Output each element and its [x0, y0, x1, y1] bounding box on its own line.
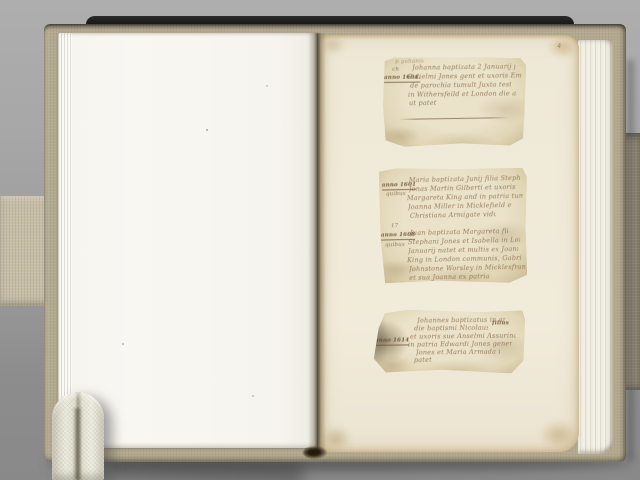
book-right-shadow: [627, 60, 634, 460]
handwriting-marginal-note: p gahanis: [395, 58, 424, 67]
handwriting-marginal-note: 17: [391, 222, 399, 231]
open-album-book: 4: [44, 16, 626, 462]
handwriting-marginal-note: filius: [492, 319, 509, 328]
pasted-slip-top: Johanna baptizata 2 Januarij filiaGuliel…: [383, 57, 526, 148]
page-corner-toning: [539, 420, 579, 450]
gutter-shadow: [308, 33, 326, 453]
handwriting-marginal-note: quibus: [385, 241, 405, 250]
handwriting-line: ut patet: [409, 99, 451, 109]
book-snake-weight: [52, 392, 104, 480]
pasted-slip-bottom: Johannes baptizatus in annodie baptismi …: [374, 309, 525, 373]
page-corner-toning: [548, 36, 578, 58]
handwriting-marginal-note: anno 1601: [382, 181, 416, 191]
ink-rule-line: [400, 117, 508, 120]
handwriting-line: Christiana Armigate vidua: [410, 210, 496, 221]
handwriting-line: patet: [414, 356, 436, 365]
pasted-slip-middle: Maria baptizata Junij filia StephaniJona…: [379, 168, 527, 284]
photograph-scene: 4 Johanna baptizata 2 Januarij filiaGuli…: [0, 0, 640, 480]
handwriting-marginal-note: anno 1614: [375, 336, 409, 345]
handwriting-marginal-note: anno 1608: [381, 231, 415, 241]
left-blank-page: [58, 33, 317, 448]
page-edges-stack: [578, 40, 614, 454]
handwriting-marginal-note: anno 1604.: [384, 74, 420, 83]
weight-center-crease: [73, 408, 82, 480]
gutter-dark-spot: [303, 446, 327, 459]
handwriting-marginal-note: quibus: [386, 190, 406, 199]
